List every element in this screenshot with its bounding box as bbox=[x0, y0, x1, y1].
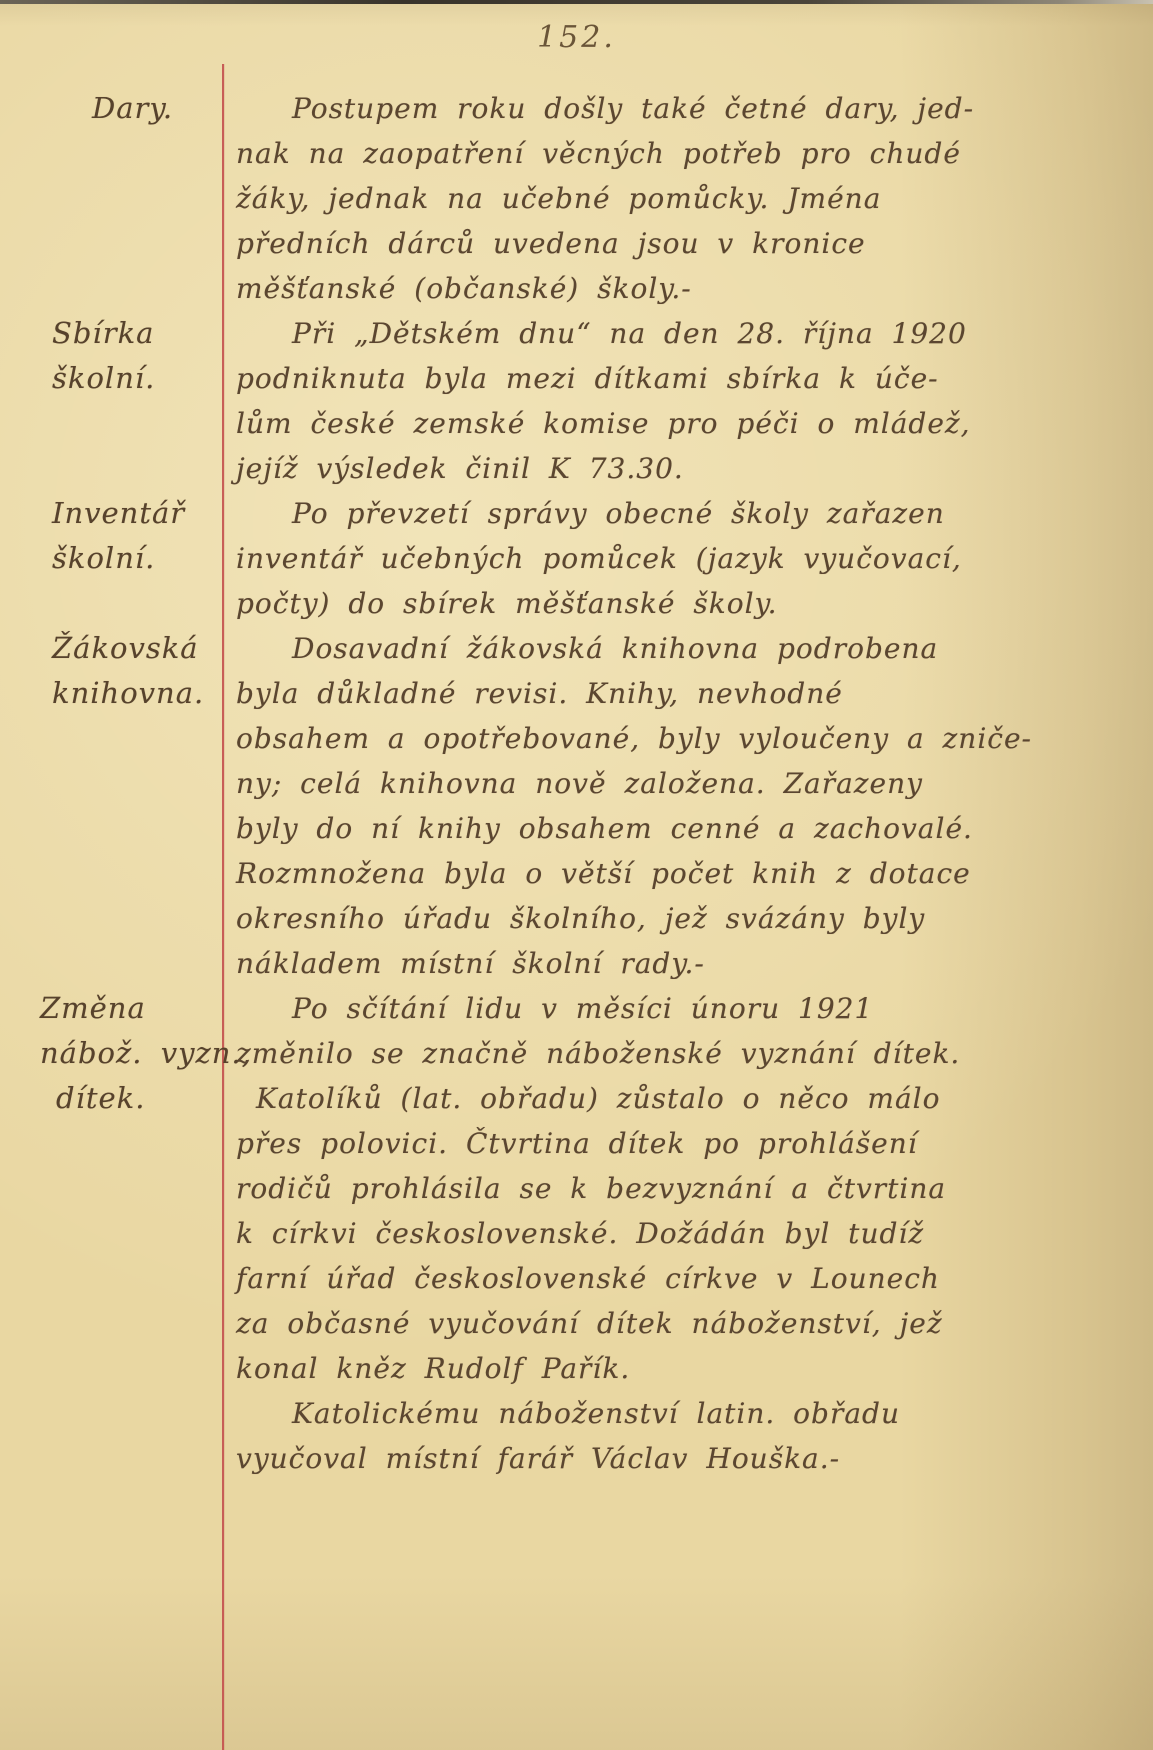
text-line: konal kněz Rudolf Pařík. bbox=[236, 1346, 1153, 1391]
section-sbirka-skolni: Sbírka školní. Při „Dětském dnu“ na den … bbox=[0, 311, 1153, 491]
text-column: Po převzetí správy obecné školy zařazen … bbox=[222, 491, 1153, 626]
margin-label-dary: Dary. bbox=[52, 86, 222, 131]
section-zmena-vyznani: Změna nábož. vyzn., dítek. Po sčítání li… bbox=[0, 986, 1153, 1481]
text-line: měšťanské (občanské) školy.- bbox=[236, 266, 1153, 311]
text-line: žáky, jednak na učebné pomůcky. Jména bbox=[236, 176, 1153, 221]
margin-label-sbirka: školní. bbox=[52, 356, 222, 401]
text-column: Po sčítání lidu v měsíci únoru 1921 změn… bbox=[222, 986, 1153, 1481]
text-column: Při „Dětském dnu“ na den 28. října 1920 … bbox=[222, 311, 1153, 491]
text-line: jejíž výsledek činil K 73.30. bbox=[236, 446, 1153, 491]
margin-label-zmena: Změna bbox=[40, 986, 222, 1031]
section-zakovska-knihovna: Žákovská knihovna. Dosavadní žákovská kn… bbox=[0, 626, 1153, 986]
text-line: změnilo se značně náboženské vyznání dít… bbox=[236, 1031, 1153, 1076]
page-number: 152. bbox=[0, 20, 1153, 55]
text-column: Postupem roku došly také četné dary, jed… bbox=[222, 86, 1153, 311]
text-line: počty) do sbírek měšťanské školy. bbox=[236, 581, 1153, 626]
text-line: vyučoval místní farář Václav Houška.- bbox=[236, 1436, 1153, 1481]
text-line: rodičů prohlásila se k bezvyznání a čtvr… bbox=[236, 1166, 1153, 1211]
text-line: Po sčítání lidu v měsíci únoru 1921 bbox=[236, 986, 1153, 1031]
chronicle-page: 152. Dary. Postupem roku došly také četn… bbox=[0, 0, 1153, 1750]
text-line: Po převzetí správy obecné školy zařazen bbox=[236, 491, 1153, 536]
text-line: nak na zaopatření věcných potřeb pro chu… bbox=[236, 131, 1153, 176]
margin-label-knihovna: Žákovská bbox=[52, 626, 222, 671]
margin-column: Inventář školní. bbox=[0, 491, 222, 626]
page-content: Dary. Postupem roku došly také četné dar… bbox=[0, 86, 1153, 1481]
text-line: ny; celá knihovna nově založena. Zařazen… bbox=[236, 761, 1153, 806]
section-dary: Dary. Postupem roku došly také četné dar… bbox=[0, 86, 1153, 311]
text-line: byla důkladné revisi. Knihy, nevhodné bbox=[236, 671, 1153, 716]
margin-column: Žákovská knihovna. bbox=[0, 626, 222, 986]
margin-label-sbirka: Sbírka bbox=[52, 311, 222, 356]
margin-label-knihovna: knihovna. bbox=[52, 671, 222, 716]
text-line: Katolíků (lat. obřadu) zůstalo o něco má… bbox=[236, 1076, 1153, 1121]
text-line: k církvi československé. Dožádán byl tud… bbox=[236, 1211, 1153, 1256]
text-line: Při „Dětském dnu“ na den 28. října 1920 bbox=[236, 311, 1153, 356]
text-line: okresního úřadu školního, jež svázány by… bbox=[236, 896, 1153, 941]
text-line: farní úřad československé církve v Loune… bbox=[236, 1256, 1153, 1301]
text-line: přes polovici. Čtvrtina dítek po prohláš… bbox=[236, 1121, 1153, 1166]
margin-label-inventar: Inventář bbox=[52, 491, 222, 536]
text-column: Dosavadní žákovská knihovna podrobena by… bbox=[222, 626, 1153, 986]
text-line: předních dárců uvedena jsou v kronice bbox=[236, 221, 1153, 266]
text-line: podniknuta byla mezi dítkami sbírka k úč… bbox=[236, 356, 1153, 401]
text-line: inventář učebných pomůcek (jazyk vyučova… bbox=[236, 536, 1153, 581]
text-line: nákladem místní školní rady.- bbox=[236, 941, 1153, 986]
text-line: Dosavadní žákovská knihovna podrobena bbox=[236, 626, 1153, 671]
margin-column: Sbírka školní. bbox=[0, 311, 222, 491]
margin-label-inventar: školní. bbox=[52, 536, 222, 581]
text-line: za občasné vyučování dítek náboženství, … bbox=[236, 1301, 1153, 1346]
section-inventar-skolni: Inventář školní. Po převzetí správy obec… bbox=[0, 491, 1153, 626]
text-line: Katolickému náboženství latin. obřadu bbox=[236, 1391, 1153, 1436]
scan-top-edge bbox=[0, 0, 1153, 4]
margin-label-zmena: dítek. bbox=[40, 1076, 222, 1121]
margin-label-zmena: nábož. vyzn., bbox=[40, 1031, 222, 1076]
text-line: Rozmnožena byla o větší počet knih z dot… bbox=[236, 851, 1153, 896]
text-line: Postupem roku došly také četné dary, jed… bbox=[236, 86, 1153, 131]
margin-column: Změna nábož. vyzn., dítek. bbox=[0, 986, 222, 1481]
text-line: lům české zemské komise pro péči o mláde… bbox=[236, 401, 1153, 446]
text-line: byly do ní knihy obsahem cenné a zachova… bbox=[236, 806, 1153, 851]
text-line: obsahem a opotřebované, byly vyloučeny a… bbox=[236, 716, 1153, 761]
margin-column: Dary. bbox=[0, 86, 222, 311]
